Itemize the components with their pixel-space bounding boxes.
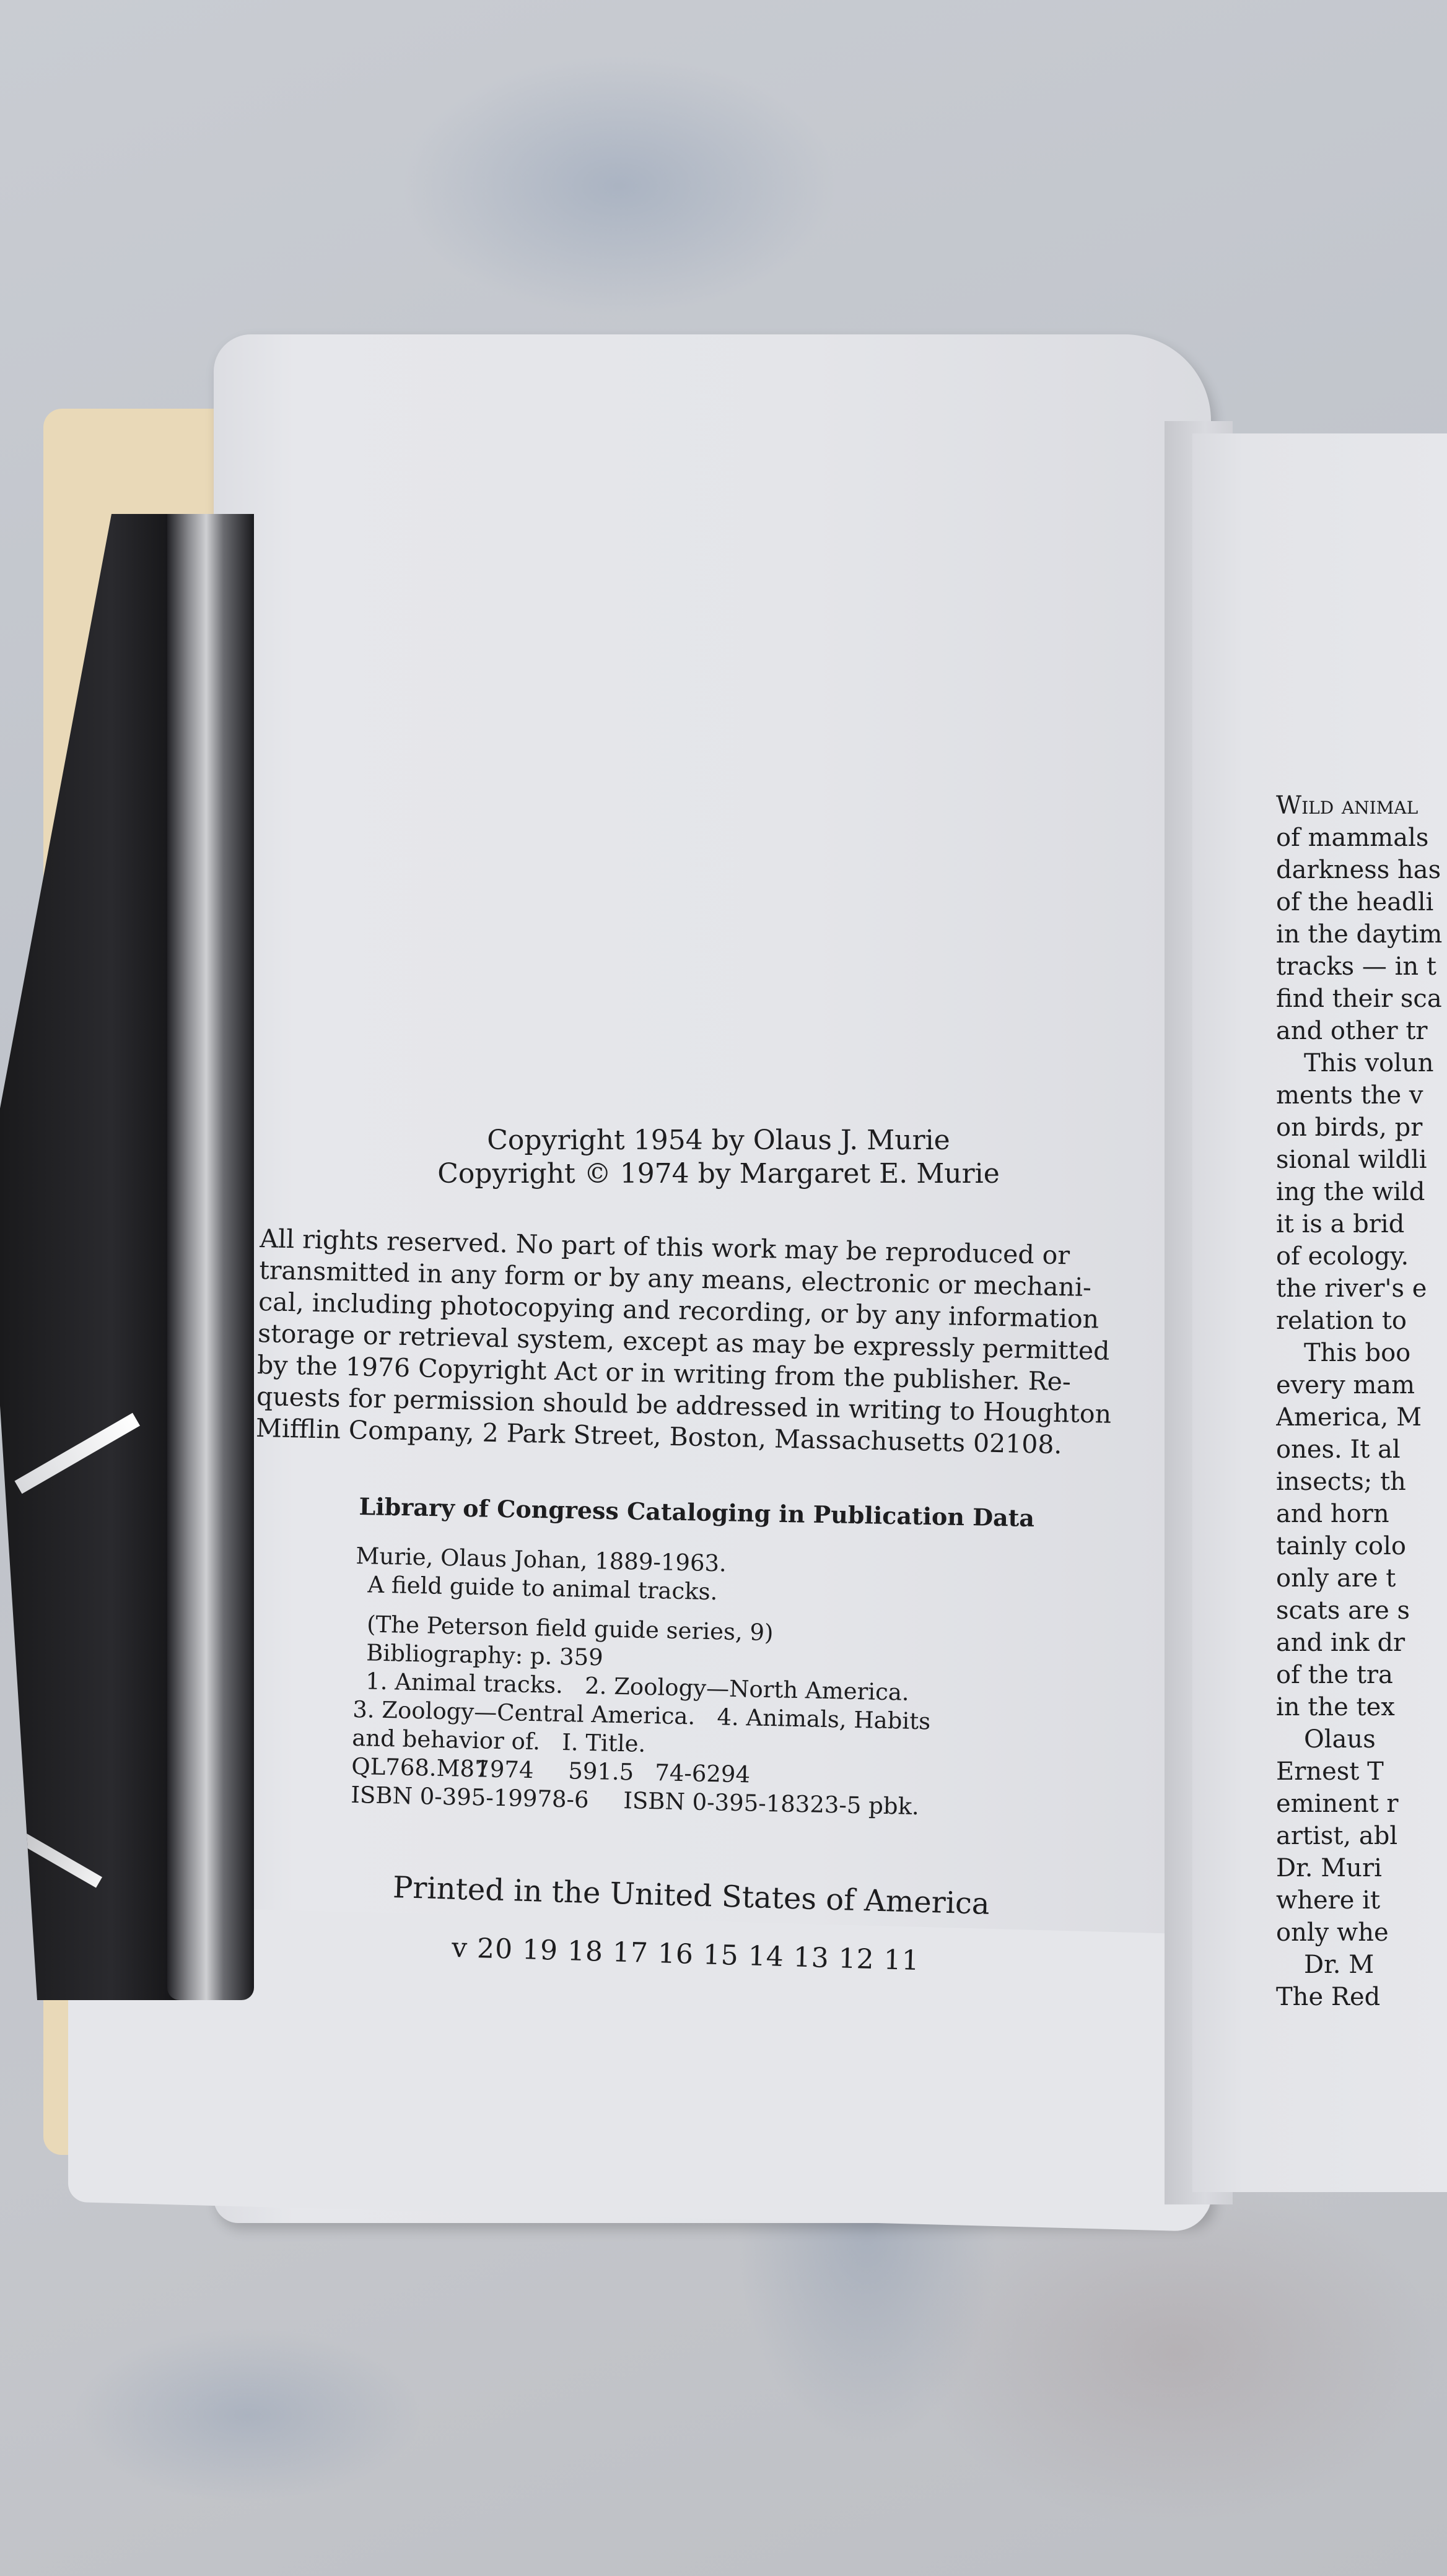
clip-highlight — [14, 1413, 140, 1494]
copyright-notice: Copyright 1954 by Olaus J. Murie Copyrig… — [403, 1124, 1034, 1191]
right-page-line: This boo — [1276, 1337, 1447, 1369]
right-page-line: ones. It al — [1276, 1434, 1447, 1466]
right-page-line: tainly colo — [1276, 1530, 1447, 1562]
right-page-line: in the daytim — [1276, 918, 1447, 951]
book-clip-icon — [0, 514, 186, 2000]
right-page-line: ments the v — [1276, 1079, 1447, 1112]
right-page-line: Dr. Muri — [1276, 1852, 1447, 1884]
right-page-line: where it — [1276, 1884, 1447, 1917]
right-page-line: in the tex — [1276, 1691, 1447, 1723]
right-page-line: every mam — [1276, 1369, 1447, 1401]
right-page-line: relation to — [1276, 1305, 1447, 1337]
right-page-line: Wild animal — [1276, 790, 1447, 822]
right-page-line: of mammals — [1276, 822, 1447, 854]
copyright-line-1: Copyright 1954 by Olaus J. Murie — [403, 1124, 1034, 1157]
right-page-line: tracks — in t — [1276, 951, 1447, 983]
right-page-text: Wild animalof mammalsdarkness hasof the … — [1276, 790, 1447, 2013]
call-number: QL768.M87 — [351, 1752, 476, 1783]
right-page-line: of ecology. — [1276, 1240, 1447, 1273]
right-page-line: of the headli — [1276, 886, 1447, 918]
right-page-line: it is a brid — [1276, 1208, 1447, 1240]
right-page-line: This volun — [1276, 1047, 1447, 1079]
right-page-line: artist, abl — [1276, 1820, 1447, 1852]
dewey-number: 591.5 — [568, 1757, 655, 1787]
right-page-line: Olaus — [1276, 1723, 1447, 1756]
right-page-line: darkness has — [1276, 854, 1447, 886]
right-page-line: ing the wild — [1276, 1176, 1447, 1208]
copyright-line-2: Copyright © 1974 by Margaret E. Murie — [403, 1157, 1034, 1191]
cip-data-block: Murie, Olaus Johan, 1889-1963. A field g… — [351, 1542, 934, 1821]
cip-year: 1974 — [475, 1755, 569, 1785]
right-page-line: only whe — [1276, 1917, 1447, 1949]
isbn-hardcover: ISBN 0-395-19978-6 — [351, 1781, 624, 1815]
right-page-line: and other tr — [1276, 1015, 1447, 1047]
right-page-line: America, M — [1276, 1401, 1447, 1434]
right-page-line: Ernest T — [1276, 1756, 1447, 1788]
lccn: 74-6294 — [655, 1759, 751, 1789]
right-page-line: eminent r — [1276, 1788, 1447, 1820]
clip-highlight — [10, 1827, 102, 1887]
book-clip-arm — [167, 514, 254, 2000]
right-page-line: scats are s — [1276, 1595, 1447, 1627]
right-page-line: only are t — [1276, 1562, 1447, 1595]
right-page-line: find their sca — [1276, 983, 1447, 1015]
right-page-line: of the tra — [1276, 1659, 1447, 1691]
right-page-line: sional wildli — [1276, 1144, 1447, 1176]
right-page-line: insects; th — [1276, 1466, 1447, 1498]
right-page-line: Dr. M — [1276, 1949, 1447, 1981]
right-page-line: and horn — [1276, 1498, 1447, 1530]
right-page-line: The Red — [1276, 1981, 1447, 2013]
right-page-line: on birds, pr — [1276, 1112, 1447, 1144]
right-page-line: and ink dr — [1276, 1627, 1447, 1659]
rights-reserved-paragraph: All rights reserved. No part of this wor… — [256, 1223, 1165, 1463]
right-page-line: the river's e — [1276, 1273, 1447, 1305]
